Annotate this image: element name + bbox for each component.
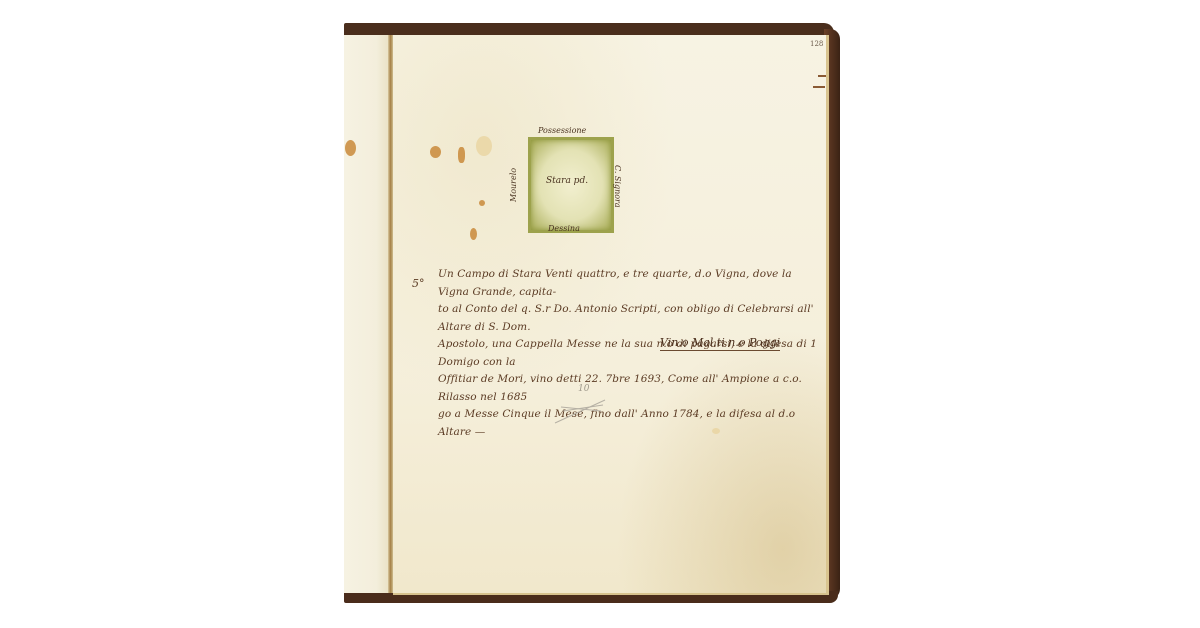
stain xyxy=(458,147,465,163)
map-label-top: Possessione xyxy=(538,126,586,135)
stain xyxy=(476,136,492,156)
pencil-cross-mark xyxy=(553,395,608,425)
folio-number: 128 xyxy=(810,40,823,48)
entry-line: go a Messe Cinque il Mese, fino dall' An… xyxy=(438,406,818,441)
entry-number: 5° xyxy=(412,277,425,290)
stain xyxy=(430,146,441,158)
margin-tick xyxy=(818,75,826,77)
left-page-edge xyxy=(344,35,390,593)
map-label-bottom: Dessina xyxy=(548,224,580,233)
entry-text: Un Campo di Stara Venti quattro, e tre q… xyxy=(438,266,818,441)
entry-line: Offitiar de Mori, vino detti 22. 7bre 16… xyxy=(438,371,818,406)
stain xyxy=(479,200,485,206)
stain-left-page xyxy=(345,140,356,156)
margin-tick xyxy=(813,86,825,88)
pencil-number: 10 xyxy=(578,384,589,394)
map-label-center: Stara pd. xyxy=(546,176,588,186)
signature: Vin.o Mal.ti n.o Poggi xyxy=(660,336,780,351)
map-label-left: Mourelo xyxy=(509,168,518,202)
stain xyxy=(470,228,477,240)
entry-line: to al Conto del q. S.r Do. Antonio Scrip… xyxy=(438,301,818,336)
map-label-right: C. Signora xyxy=(613,165,622,208)
entry-line: Un Campo di Stara Venti quattro, e tre q… xyxy=(438,266,818,301)
